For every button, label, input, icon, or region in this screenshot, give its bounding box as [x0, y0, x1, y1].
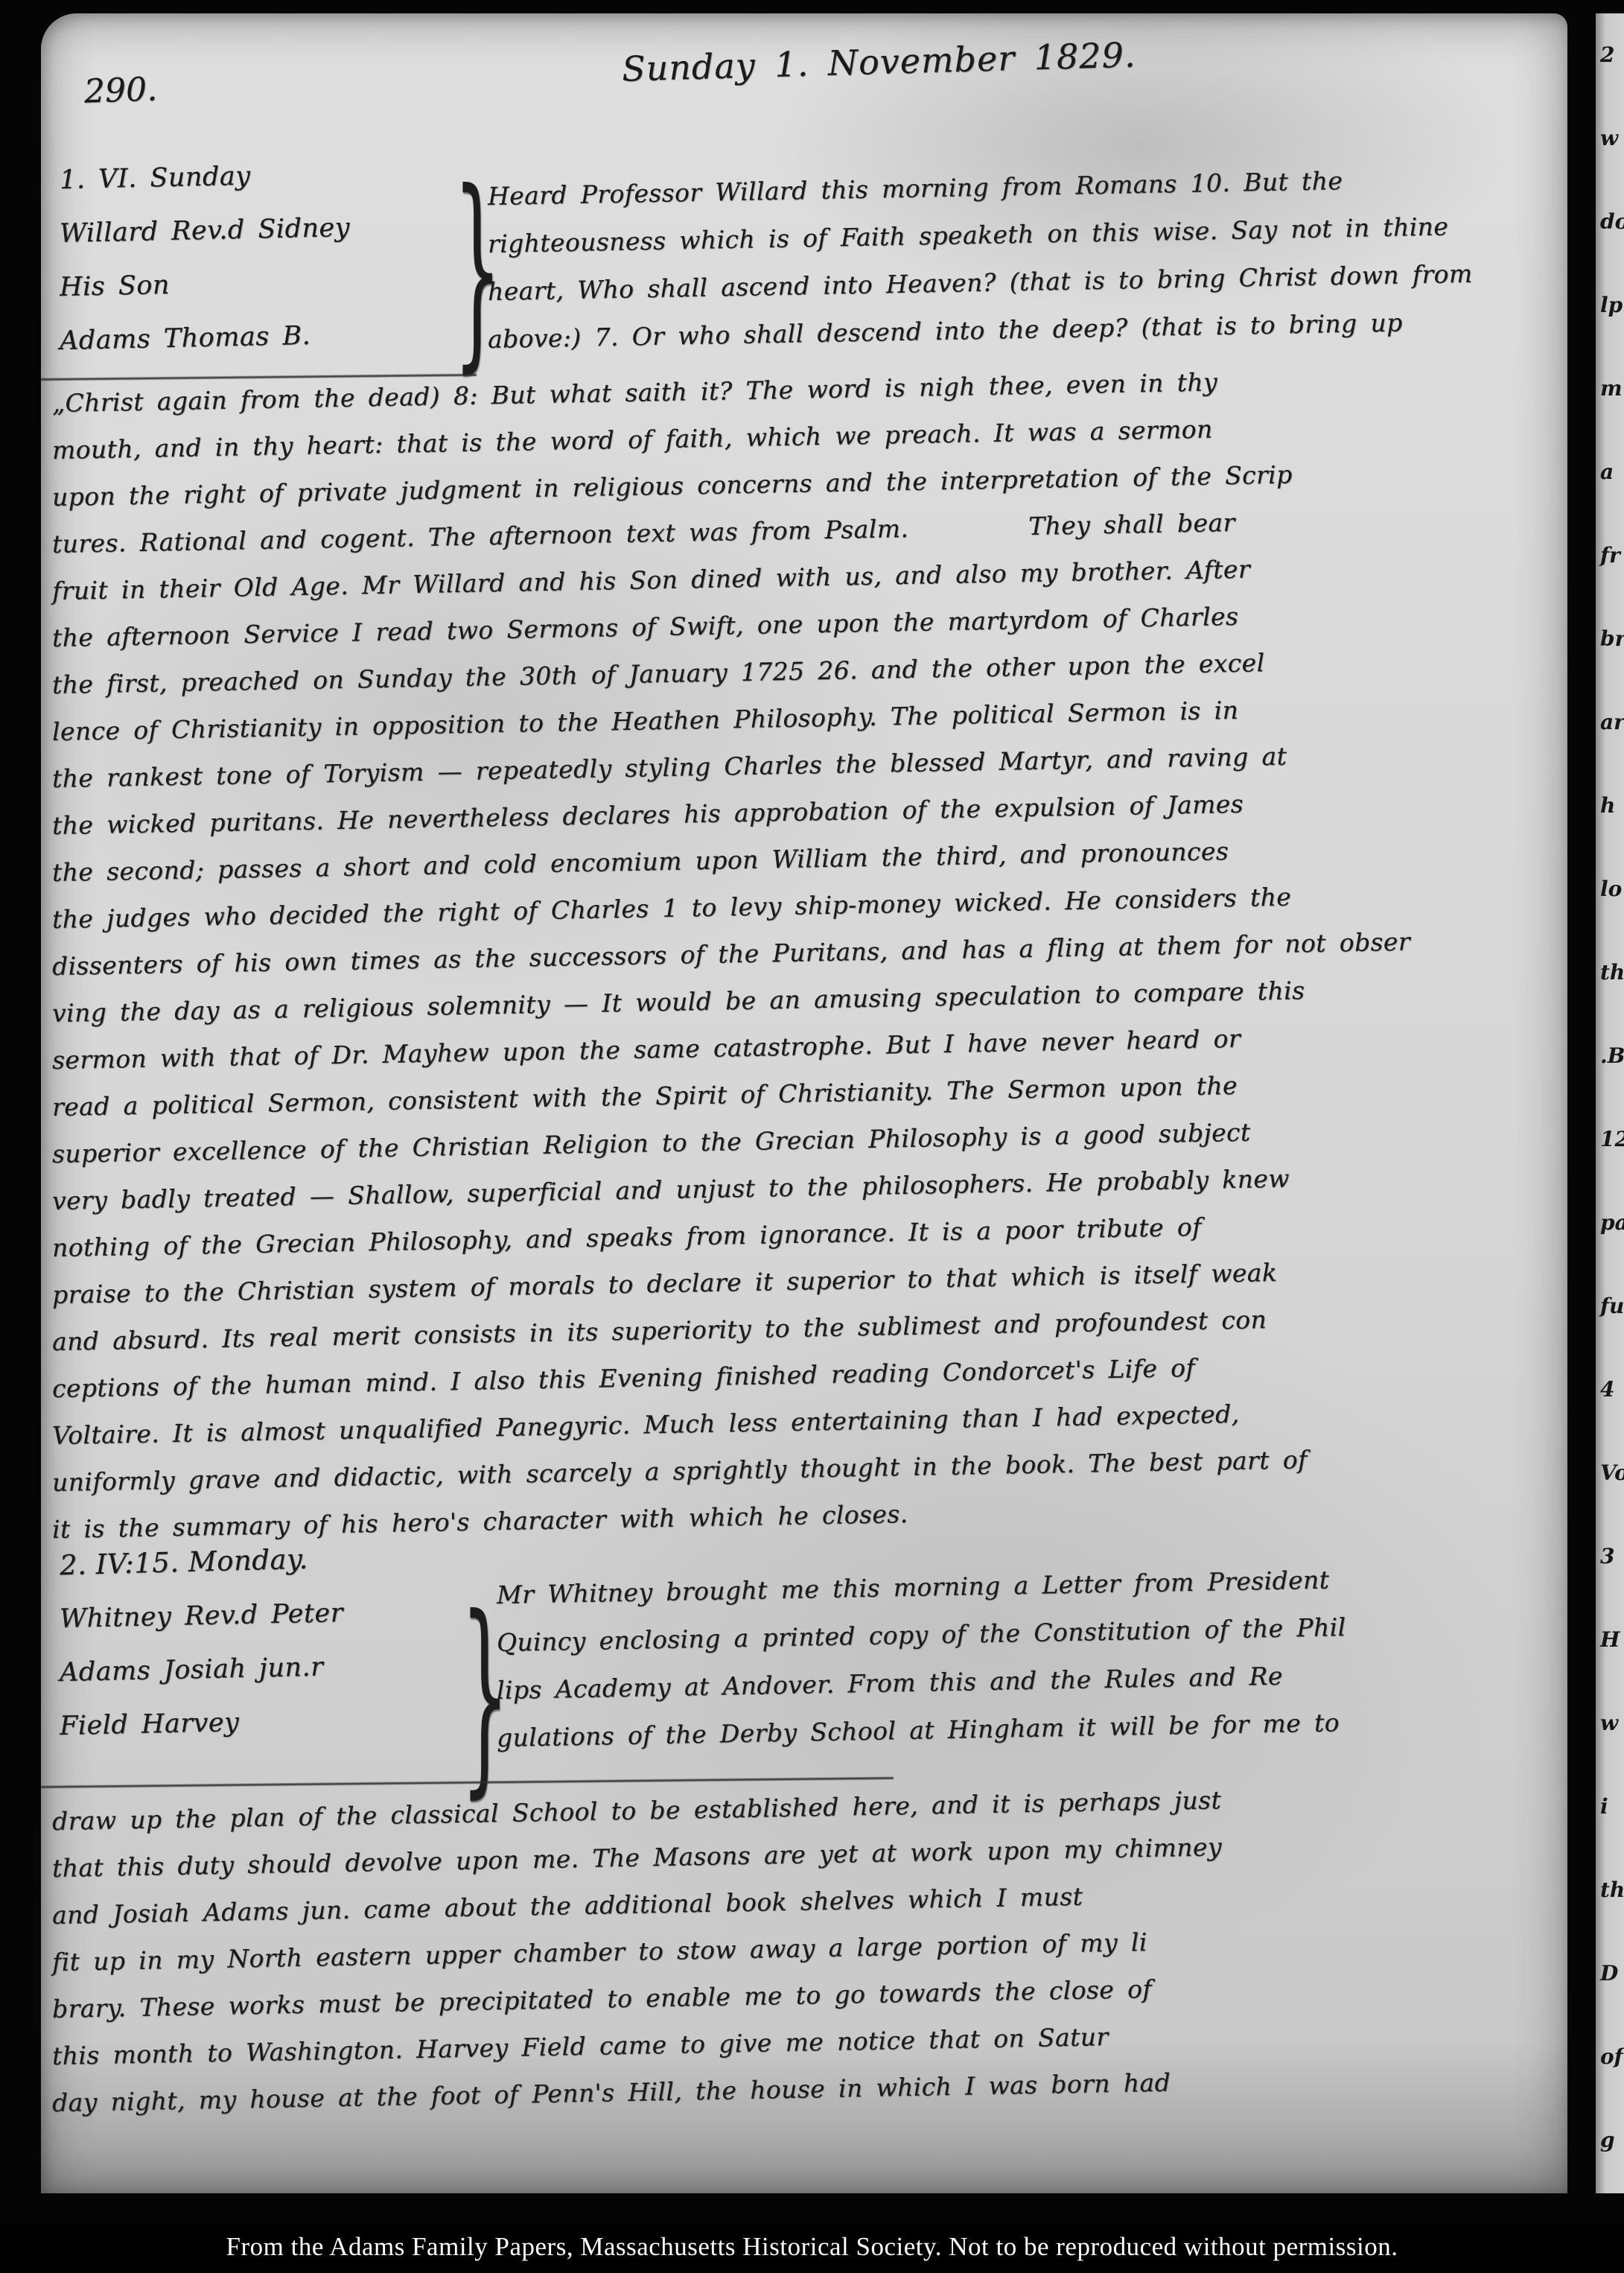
entry1-margin-line: His Son [59, 252, 462, 314]
next-page-text-fragment: g [1596, 2099, 1624, 2182]
entry2-margin-notes: Whitney Rev.d Peter Adams Josiah jun.r F… [60, 1592, 462, 1753]
entry2-margin-line: Adams Josiah jun.r [59, 1638, 462, 1700]
next-page-text-fragment: a [1596, 430, 1624, 514]
next-page-text-fragment: lo [1596, 848, 1624, 931]
next-page-text-fragment: H [1596, 1598, 1624, 1682]
entry2-heading: 2. IV:15. Monday. [59, 1543, 308, 1582]
next-page-text-fragment: br [1596, 597, 1624, 681]
next-page-text-fragment: ar [1596, 681, 1624, 764]
next-page-text-fragment: 4 [1596, 1348, 1624, 1431]
next-page-text-fragment: th [1596, 1848, 1624, 1932]
next-page-text-fragment: .B [1596, 1014, 1624, 1098]
next-page-text-fragment: w [1596, 1682, 1624, 1765]
entry1-margin-line: Adams Thomas B. [59, 306, 462, 368]
page-number: 290. [83, 70, 158, 110]
next-page-text-fragment: D [1596, 1932, 1624, 2015]
entry2-margin-line: Whitney Rev.d Peter [59, 1584, 462, 1646]
entry2-margin-line: Field Harvey [59, 1691, 462, 1753]
next-page-sliver: 2 w do lp m a fr br ar h lo th .B 12 pa … [1596, 13, 1624, 2193]
next-page-text-fragment: lp [1596, 264, 1624, 347]
entry1-lead-lines: Heard Professor Willard this morning fro… [488, 173, 1560, 363]
date-heading: Sunday 1. November 1829. [621, 34, 1136, 89]
next-page-text-fragment: pa [1596, 1181, 1624, 1265]
entry1-margin-line: Willard Rev.d Sidney [59, 199, 462, 261]
entry2-body: draw up the plan of the classical School… [52, 1798, 1564, 2126]
entry1-margin-line: 1. VI. Sunday [59, 145, 462, 207]
next-page-text-fragment: of [1596, 2015, 1624, 2099]
next-page-text-fragment: h [1596, 764, 1624, 848]
next-page-text-fragment: w [1596, 97, 1624, 180]
next-page-text-fragment: i [1596, 1765, 1624, 1848]
footer-credit-bar: From the Adams Family Papers, Massachuse… [0, 2224, 1624, 2273]
entry2-lead-lines: Mr Whitney brought me this morning a Let… [497, 1571, 1561, 1762]
entry1-margin-notes: 1. VI. Sunday Willard Rev.d Sidney His S… [60, 153, 462, 368]
next-page-text-fragment: fu [1596, 1265, 1624, 1348]
manuscript-page: 290. Sunday 1. November 1829. 1. VI. Sun… [41, 13, 1567, 2193]
next-page-text-fragment: 12 [1596, 1098, 1624, 1181]
next-page-text-fragment: th [1596, 931, 1624, 1014]
entry1-body: „Christ again from the dead) 8: But what… [52, 380, 1564, 1553]
next-page-text-fragment: fr [1596, 514, 1624, 597]
next-page-text-fragment: do [1596, 180, 1624, 264]
footer-credit-text: From the Adams Family Papers, Massachuse… [0, 2224, 1624, 2270]
next-page-text-fragment: Vo [1596, 1431, 1624, 1515]
next-page-text-fragment: 2 [1596, 13, 1624, 97]
next-page-text-fragment: m [1596, 347, 1624, 430]
scanned-diary-page: 290. Sunday 1. November 1829. 1. VI. Sun… [0, 0, 1624, 2273]
next-page-text-fragment: 3 [1596, 1515, 1624, 1598]
